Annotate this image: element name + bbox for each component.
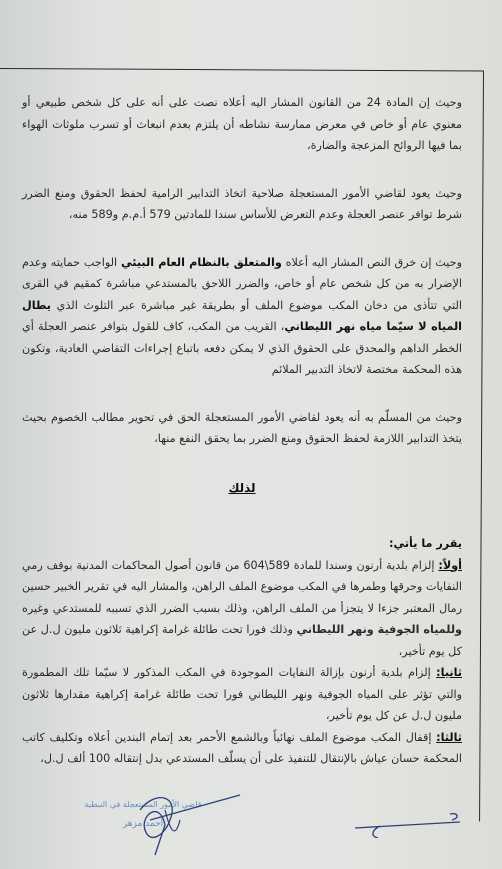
text-segment: إلزام بلدية أرنون وسندا للمادة 589\604 م… xyxy=(22,559,462,615)
decision-item-third: ثالثا: إقفال المكب موضوع الملف نهائياً و… xyxy=(22,727,462,770)
text-segment: إقفال المكب موضوع الملف نهائياً وبالشمع … xyxy=(22,731,462,766)
section-heading-therefore: لذلك xyxy=(22,478,462,500)
paragraph-environmental-order: وحيث إن خرق النص المشار اليه أعلاه والمت… xyxy=(22,252,462,381)
decision-intro: يقرر ما يأتي: xyxy=(22,533,462,555)
item-label: ثالثا: xyxy=(436,731,462,744)
decision-item-second: ثانيا: إلزام بلدية أرنون بإزالة النفايات… xyxy=(22,662,462,727)
paragraph-urgent-judge-authority: وحيث يعود لقاضي الأمور المستعجلة صلاحية … xyxy=(22,183,462,226)
paragraph-modify-requests: وحيث من المسلّم به أنه يعود لقاضي الأمور… xyxy=(22,407,462,450)
document-body: وحيث إن المادة 24 من القانون المشار اليه… xyxy=(22,92,462,770)
item-label: أولاً: xyxy=(438,559,462,572)
clerk-signature-icon xyxy=(350,808,470,838)
text-segment: وحيث إن خرق النص المشار اليه أعلاه xyxy=(282,256,462,269)
bold-segment: وللمياه الجوفية ونهر الليطاني xyxy=(296,623,462,636)
item-label: ثانيا: xyxy=(436,666,462,679)
bold-segment: والمتعلق بالنظام العام البيئي xyxy=(121,256,282,269)
decision-item-first: أولاً: إلزام بلدية أرنون وسندا للمادة 58… xyxy=(22,555,462,663)
judge-signature-icon xyxy=(110,790,250,860)
paragraph-article-24: وحيث إن المادة 24 من القانون المشار اليه… xyxy=(22,92,462,157)
document-photo: وحيث إن المادة 24 من القانون المشار اليه… xyxy=(0,0,502,869)
text-segment: إلزام بلدية أرنون بإزالة النفايات الموجو… xyxy=(22,666,462,722)
